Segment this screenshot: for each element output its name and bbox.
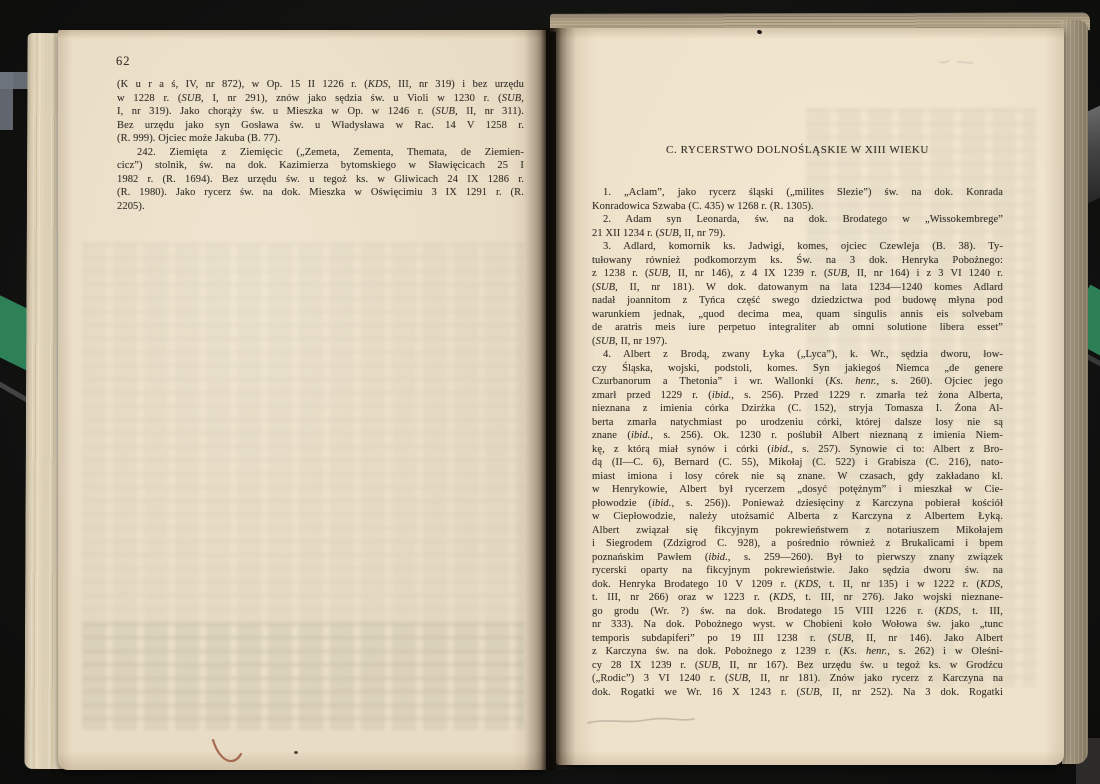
pencil-smudge: [586, 714, 696, 728]
pencil-mark: [957, 55, 973, 63]
section-heading: C. RYCERSTWO DOLNOŚLĄSKIE W XIII WIEKU: [592, 144, 1003, 156]
show-through-text: [82, 622, 524, 730]
right-page-text: 1. „Aclam”, jako rycerz śląski („milites…: [592, 186, 1003, 699]
background-gray-shape: [0, 72, 13, 130]
left-page: 62 (K u r a ś, IV, nr 872), w Op. 15 II …: [58, 30, 546, 770]
right-page: C. RYCERSTWO DOLNOŚLĄSKIE W XIII WIEKU 1…: [556, 28, 1064, 765]
left-page-text: (K u r a ś, IV, nr 872), w Op. 15 II 122…: [117, 78, 524, 213]
page-edges-right: [1062, 20, 1088, 764]
page-number: 62: [116, 54, 131, 69]
book-spread-photo: 62 (K u r a ś, IV, nr 872), w Op. 15 II …: [0, 0, 1100, 784]
ink-dot: [294, 751, 298, 754]
show-through-text: [82, 242, 524, 622]
red-check-mark: [210, 738, 246, 766]
